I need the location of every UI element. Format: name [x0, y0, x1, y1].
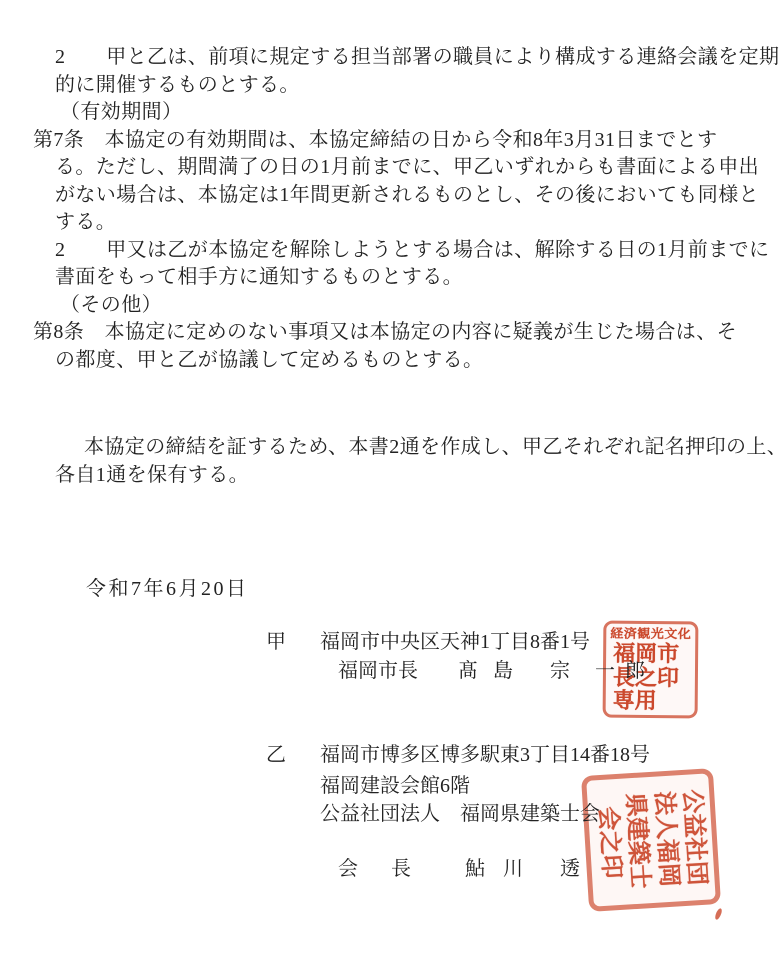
body-line: する。: [0, 209, 783, 237]
signature-char: 会: [338, 857, 358, 881]
body-line: る。ただし、期間満了の日の1月前までに、甲乙いずれからも書面による申出: [0, 154, 783, 182]
party-a-title: 福岡市長: [338, 659, 418, 683]
party-b-address-2: 福岡建設会館6階: [320, 774, 470, 798]
signature-char: 透: [560, 857, 580, 881]
architect-association-seal-stamp: 公益社団 法人福岡 県建築士 会之印: [581, 768, 721, 912]
body-line: がない場合は、本協定は1年間更新されるものとし、その後においても同様と: [0, 182, 783, 210]
scanned-agreement-page: 2 甲と乙は、前項に規定する担当部署の職員により構成する連絡会議を定期 的に開催…: [0, 0, 783, 957]
body-line: 2 甲又は乙が本協定を解除しようとする場合は、解除する日の1月前までに: [0, 237, 783, 265]
party-a-name: 髙 島 宗 一 郎: [458, 659, 645, 683]
body-line: 第7条 本協定の有効期間は、本協定締結の日から令和8年3月31日までとす: [0, 127, 783, 155]
seal-header-text: 経済観光文化: [606, 626, 695, 642]
body-paragraphs: 2 甲と乙は、前項に規定する担当部署の職員により構成する連絡会議を定期 的に開催…: [0, 44, 783, 374]
seal-row-text: 専用: [606, 689, 695, 713]
body-line: 2 甲と乙は、前項に規定する担当部署の職員により構成する連絡会議を定期: [0, 44, 783, 72]
body-line: 書面をもって相手方に通知するものとする。: [0, 264, 783, 292]
party-b-label: 乙: [266, 743, 286, 767]
name-char: 髙: [458, 659, 478, 683]
seal-script-grid: 公益社団 法人福岡 県建築士 会之印: [590, 774, 711, 907]
closing-line: 本協定の締結を証するため、本書2通を作成し、甲乙それぞれ記名押印の上、: [0, 433, 783, 461]
party-b-signature: 会 長 鮎 川 透: [338, 857, 580, 881]
body-line: （有効期間）: [0, 99, 783, 127]
date-line: 令和7年6月20日: [86, 572, 249, 601]
name-char: 郎: [625, 659, 645, 683]
party-b-organization: 公益社団法人 福岡県建築士会: [320, 802, 600, 826]
name-char: 島: [493, 659, 513, 683]
closing-paragraph: 本協定の締結を証するため、本書2通を作成し、甲乙それぞれ記名押印の上、 各自1通…: [0, 433, 783, 489]
seal-ink-tick: [714, 908, 722, 921]
body-line: （その他）: [0, 292, 783, 320]
party-a-label: 甲: [266, 630, 286, 654]
party-a-address: 福岡市中央区天神1丁目8番1号: [320, 630, 590, 654]
closing-line: 各自1通を保有する。: [0, 461, 783, 489]
signature-char: 川: [503, 857, 523, 881]
seal-char: 専用: [613, 689, 657, 713]
signature-char: 長: [391, 857, 411, 881]
party-b-address-1: 福岡市博多区博多駅東3丁目14番18号: [320, 743, 650, 767]
body-line: 第8条 本協定に定めのない事項又は本協定の内容に疑義が生じた場合は、そ: [0, 319, 783, 347]
body-line: の都度、甲と乙が協議して定めるものとする。: [0, 347, 783, 375]
body-line: 的に開催するものとする。: [0, 72, 783, 100]
name-char: 宗: [550, 659, 570, 683]
name-char: 一: [595, 659, 615, 683]
signature-char: 鮎: [465, 857, 485, 881]
